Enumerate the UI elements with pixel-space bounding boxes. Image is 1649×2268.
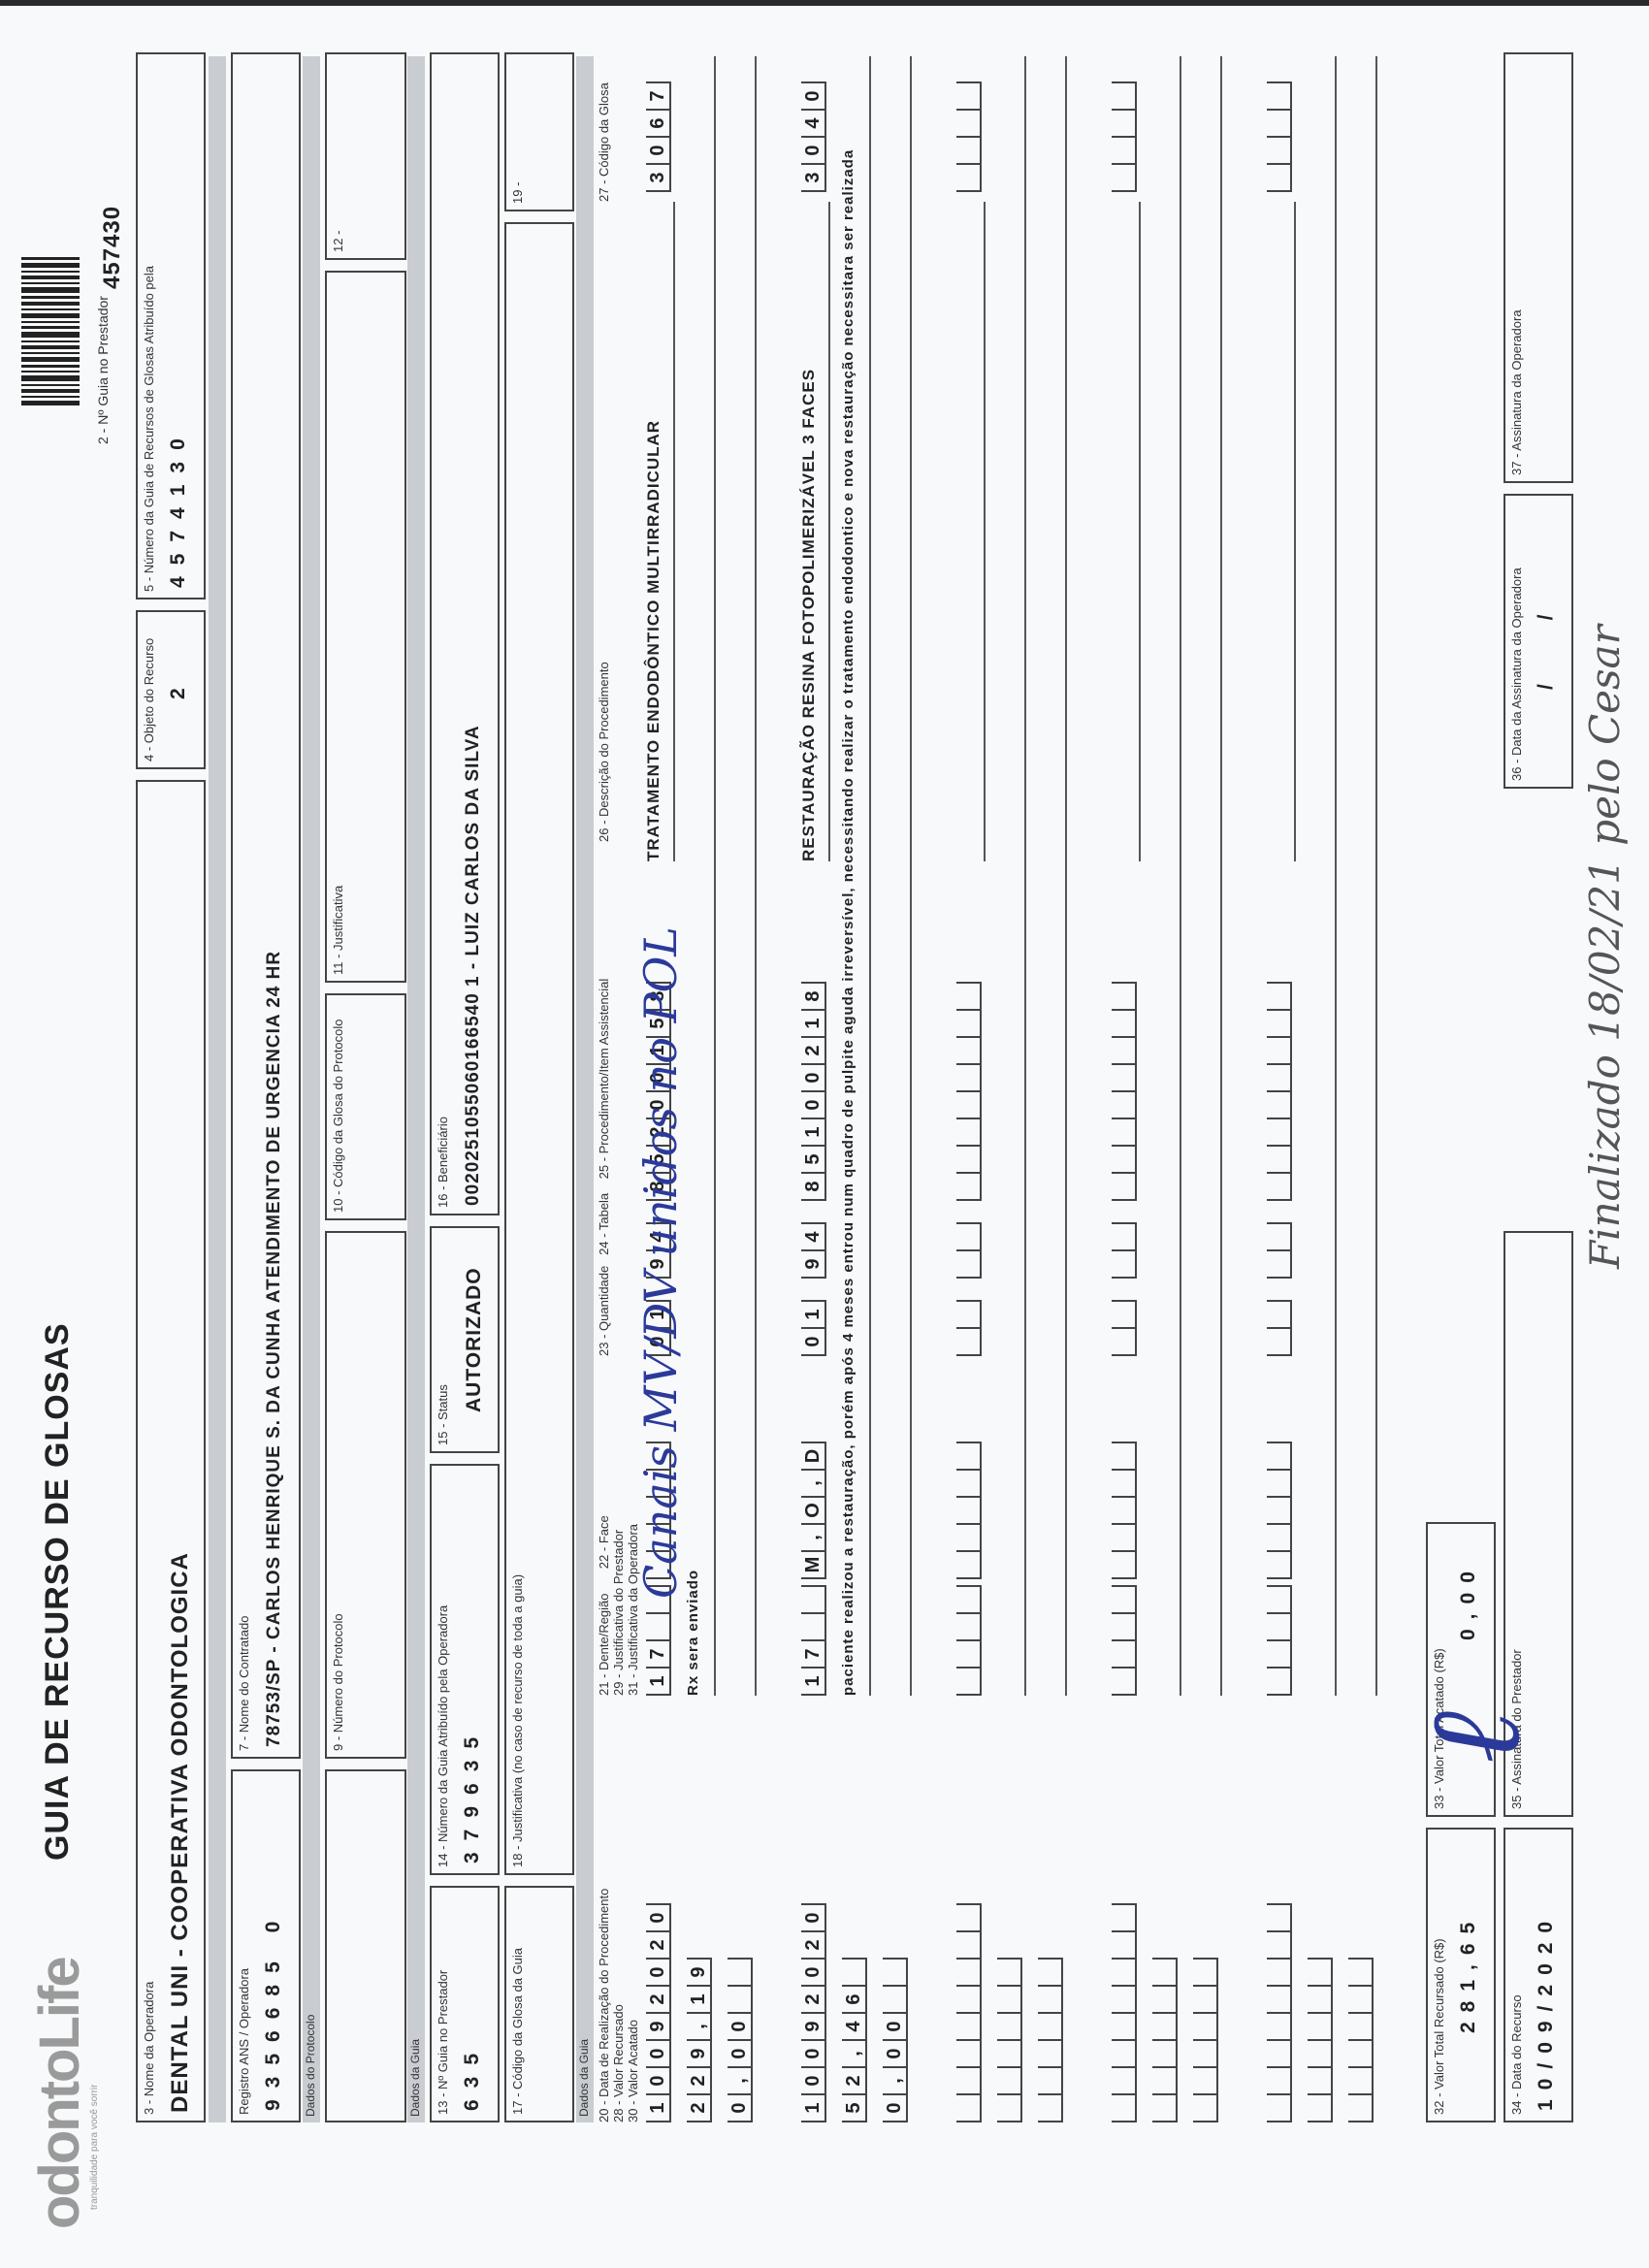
odontolife-logo: odontoLife xyxy=(27,1958,92,2229)
dente-cells[interactable] xyxy=(1261,1585,1292,1696)
dente-cells[interactable]: 17 xyxy=(795,1585,826,1696)
description-line xyxy=(984,202,986,861)
justificativa-line xyxy=(714,56,716,1696)
valor-recursado-cells[interactable]: 52,46 xyxy=(836,1958,867,2122)
field-13-guia-prestador: 13 - Nº Guia no Prestador 635 xyxy=(430,1886,500,2122)
dente-cells[interactable] xyxy=(1106,1585,1137,1696)
tabela-cells[interactable] xyxy=(951,1222,982,1279)
procedimento-cells[interactable] xyxy=(1106,982,1137,1201)
procedure-row xyxy=(951,0,1096,2268)
col-header-20-28-30: 20 - Data de Realização do Procedimento2… xyxy=(597,1889,640,2122)
procedimento-cells[interactable] xyxy=(1261,982,1292,1201)
face-cells[interactable] xyxy=(1261,1442,1292,1579)
page-title: GUIA DE RECURSO DE GLOSAS xyxy=(39,1322,77,1861)
valor-recursado-value[interactable]: 281,65 xyxy=(1457,1913,1480,2033)
procedure-row: 10092020170194852001583067229,190,00TRAT… xyxy=(640,0,786,2268)
field-15-status: 15 - Status AUTORIZADO xyxy=(430,1226,500,1453)
field-4-objeto-recurso: 4 - Objeto do Recurso 2 xyxy=(136,610,206,769)
valor-acatado-cells[interactable] xyxy=(1032,1958,1063,2122)
valor-acatado-value[interactable]: 0,00 xyxy=(1457,1562,1480,1640)
description-line xyxy=(673,202,675,861)
operadora-name: DENTAL UNI - COOPERATIVA ODONTOLOGICA xyxy=(167,1552,194,2113)
justificativa-operadora-line xyxy=(755,56,757,1696)
justificativa-operadora-line xyxy=(1375,56,1377,1696)
col-header-23-24-25: 23 - Quantidade 24 - Tabela 25 - Procedi… xyxy=(597,979,611,1356)
description-line xyxy=(828,202,830,861)
procedimento-cells[interactable]: 85100218 xyxy=(795,982,826,1201)
date-cells[interactable] xyxy=(951,1903,982,2122)
date-cells[interactable] xyxy=(1106,1903,1137,2122)
justificativa-line xyxy=(1024,56,1026,1696)
justificativa-line xyxy=(869,56,871,1696)
justificativa-operadora-line xyxy=(1065,56,1067,1696)
valor-recursado-cells[interactable] xyxy=(1147,1958,1178,2122)
data-assinatura-operadora-value[interactable]: / / xyxy=(1535,585,1558,690)
numero-guia-recurso-value[interactable]: 4574130 xyxy=(167,427,190,588)
procedimento-cells[interactable] xyxy=(951,982,982,1201)
col-header-27: 27 - Código da Glosa xyxy=(597,82,611,202)
procedure-description: RESTAURAÇÃO RESINA FOTOPOLIMERIZÁVEL 3 F… xyxy=(799,369,819,861)
face-cells[interactable]: M,O,D xyxy=(795,1442,826,1579)
tabela-cells[interactable]: 94 xyxy=(795,1222,826,1279)
field-12[interactable]: 12 - xyxy=(325,52,406,260)
field-32-valor-recursado: 32 - Valor Total Recursado (R$) 281,65 xyxy=(1426,1828,1496,2122)
quantidade-cells[interactable] xyxy=(1106,1300,1137,1356)
justificativa-line xyxy=(1180,56,1181,1696)
prestador-signature: ℓ xyxy=(1411,1711,1537,1764)
section-band-protocolo: Dados do Protocolo xyxy=(303,56,320,2122)
codigo-glosa-cells[interactable] xyxy=(951,81,982,192)
quantidade-cells[interactable] xyxy=(1261,1300,1292,1356)
valor-recursado-cells[interactable] xyxy=(1302,1958,1333,2122)
codigo-glosa-cells[interactable] xyxy=(1106,81,1137,192)
valor-recursado-cells[interactable]: 229,19 xyxy=(681,1958,712,2122)
tabela-cells[interactable] xyxy=(1106,1222,1137,1279)
field-37-assinatura-operadora[interactable]: 37 - Assinatura da Operadora xyxy=(1503,52,1573,483)
guia-prestador-label: 2 - Nº Guia no Prestador xyxy=(95,296,111,444)
date-cells[interactable] xyxy=(1261,1903,1292,2122)
beneficiario-value: 0020251055060166540 1 - LUIZ CARLOS DA S… xyxy=(463,725,484,1206)
dente-cells[interactable]: 17 xyxy=(640,1585,671,1696)
field-10-codigo-glosa-protocolo[interactable]: 10 - Código da Glosa do Protocolo xyxy=(325,993,406,1220)
field-36-data-assinatura-operadora: 36 - Data da Assinatura da Operadora / / xyxy=(1503,494,1573,789)
guia-operadora-value[interactable]: 379635 xyxy=(461,1726,484,1863)
quantidade-cells[interactable] xyxy=(951,1300,982,1356)
scanned-page: odontoLife tranquilidade para você sorri… xyxy=(0,0,1649,2268)
field-33-valor-acatado: 33 - Valor Total Acatado (R$) 0,00 xyxy=(1426,1522,1496,1817)
dente-cells[interactable] xyxy=(951,1585,982,1696)
field-7-contratado: 7 - Nome do Contratado 78753/SP - CARLOS… xyxy=(231,52,301,1759)
rotated-form: odontoLife tranquilidade para você sorri… xyxy=(0,0,1649,2268)
registro-ans-value[interactable]: 9356685 0 xyxy=(262,1910,285,2111)
data-recurso-value[interactable]: 10/09/2020 xyxy=(1535,1912,1558,2111)
tabela-cells[interactable] xyxy=(1261,1222,1292,1279)
field-8[interactable] xyxy=(325,1769,406,2122)
field-18-justificativa-guia[interactable]: 18 - Justificativa (no caso de recurso d… xyxy=(504,222,574,1875)
field-6-registro-ans: Registro ANS / Operadora 9356685 0 xyxy=(231,1769,301,2122)
barcode-icon xyxy=(21,257,80,405)
section-band-guia: Dados da Guia xyxy=(407,56,425,2122)
date-cells[interactable]: 10092020 xyxy=(795,1903,826,2122)
field-19[interactable]: 19 - xyxy=(504,52,574,211)
valor-acatado-cells[interactable]: 0,00 xyxy=(877,1958,908,2122)
col-header-26: 26 - Descrição do Procedimento xyxy=(597,662,611,842)
contratado-name: 78753/SP - CARLOS HENRIQUE S. DA CUNHA A… xyxy=(264,951,285,1747)
valor-acatado-cells[interactable] xyxy=(1187,1958,1218,2122)
justificativa-prestador: Rx sera enviado xyxy=(685,1570,701,1696)
justificativa-prestador: paciente realizou a restauração, porém a… xyxy=(840,149,857,1696)
handwritten-note: Canais MV/DV unidos no POL xyxy=(634,926,687,1599)
field-5-numero-guia-recurso: 5 - Número da Guia de Recursos de Glosas… xyxy=(136,52,206,599)
procedure-row: 1009202017M,O,D019485100218304052,460,00… xyxy=(795,0,941,2268)
procedure-row xyxy=(1106,0,1251,2268)
valor-acatado-cells[interactable]: 0,00 xyxy=(722,1958,753,2122)
section-band-procedimentos: Dados da Guia xyxy=(576,56,594,2122)
section-band xyxy=(209,56,226,2122)
status-badge: AUTORIZADO xyxy=(463,1267,486,1412)
justificativa-operadora-line xyxy=(1220,56,1222,1696)
finalizado-note: Finalizado 18/02/21 pelo Cesar xyxy=(1581,625,1629,1269)
face-cells[interactable] xyxy=(1106,1442,1137,1579)
face-cells[interactable] xyxy=(951,1442,982,1579)
field-3-operadora: 3 - Nome da Operadora DENTAL UNI - COOPE… xyxy=(136,780,206,2122)
procedure-description: TRATAMENTO ENDODÔNTICO MULTIRRADICULAR xyxy=(644,420,663,861)
barcode-number: 457430 xyxy=(99,206,126,289)
description-line xyxy=(1139,202,1141,861)
valor-recursado-cells[interactable] xyxy=(991,1958,1022,2122)
codigo-glosa-cells[interactable]: 3040 xyxy=(795,81,826,192)
field-11-justificativa[interactable]: 11 - Justificativa xyxy=(325,271,406,983)
field-17-codigo-glosa-guia[interactable]: 17 - Código da Glosa da Guia xyxy=(504,1886,574,2122)
description-line xyxy=(1294,202,1296,861)
field-9-numero-protocolo[interactable]: 9 - Número do Protocolo xyxy=(325,1231,406,1759)
logo-tagline: tranquilidade para você sorrir xyxy=(89,2084,100,2210)
objeto-recurso-value[interactable]: 2 xyxy=(167,687,190,699)
justificativa-operadora-line xyxy=(910,56,912,1696)
field-16-beneficiario: 16 - Beneficiário 0020251055060166540 1 … xyxy=(430,52,500,1215)
codigo-glosa-cells[interactable]: 3067 xyxy=(640,81,671,192)
date-cells[interactable]: 10092020 xyxy=(640,1903,671,2122)
valor-acatado-cells[interactable] xyxy=(1342,1958,1374,2122)
procedure-row xyxy=(1261,0,1406,2268)
field-34-data-recurso: 34 - Data do Recurso 10/09/2020 xyxy=(1503,1828,1573,2122)
codigo-glosa-cells[interactable] xyxy=(1261,81,1292,192)
justificativa-line xyxy=(1335,56,1337,1696)
quantidade-cells[interactable]: 01 xyxy=(795,1300,826,1356)
field-14-guia-operadora: 14 - Número da Guia Atribuído pela Opera… xyxy=(430,1464,500,1875)
guia-prestador-value[interactable]: 635 xyxy=(461,2042,484,2111)
